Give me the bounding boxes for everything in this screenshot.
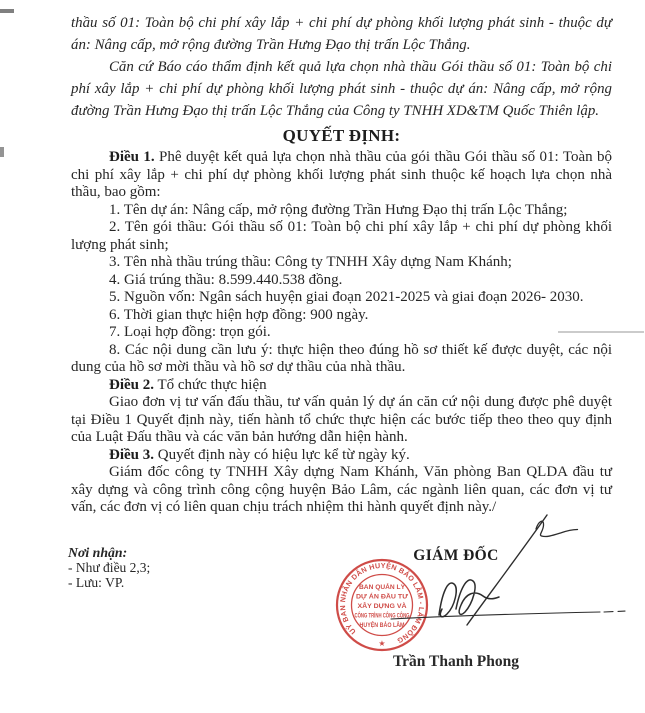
recipients-label: Nơi nhận: [68,545,150,560]
document-body: thầu số 01: Toàn bộ chi phí xây lắp + ch… [71,12,612,517]
official-stamp-icon: UỶ BAN NHÂN DÂN HUYỆN BẢO LÂM - LÂM ĐỒNG… [337,560,427,650]
signature-top-scribble [536,521,578,536]
article-3-body: Giám đốc công ty TNHH Xây dựng Nam Khánh… [71,464,612,517]
intro-paragraph-1: thầu số 01: Toàn bộ chi phí xây lắp + ch… [71,12,612,56]
stamp-ring-text: UỶ BAN NHÂN DÂN HUYỆN BẢO LÂM - LÂM ĐỒNG [338,561,426,646]
signer-name: Trần Thanh Phong [330,653,582,671]
list-item-3: 3. Tên nhà thầu trúng thầu: Công ty TNHH… [71,254,612,272]
stamp-star-icon: ★ [378,639,385,648]
stamp-line: BAN QUẢN LÝ [359,584,406,591]
stamp-line: CÔNG TRÌNH CÔNG CỘNG [355,612,410,620]
article-3-label: Điều 3. [109,447,154,463]
article-2-label: Điều 2. [109,377,154,393]
signature-flourish-stroke [467,515,547,625]
article-1-label: Điều 1. [109,149,155,165]
intro-paragraph-2: Căn cứ Báo cáo thẩm định kết quả lựa chọ… [71,56,612,122]
article-3-text: Quyết định này có hiệu lực kể từ ngày ký… [154,447,410,463]
signature-loops [439,580,499,617]
scan-artifact [558,331,644,333]
signature-ink [391,515,625,625]
article-1-paragraph: Điều 1. Phê duyệt kết quả lựa chọn nhà t… [71,149,612,202]
stamp-line: HUYỆN BẢO LÂM [360,621,405,629]
article-2-text: Tổ chức thực hiện [154,377,267,393]
list-item-8: 8. Các nội dung cần lưu ý: thực hiện the… [71,342,612,377]
scan-artifact [0,147,4,157]
stamp-line: DỰ ÁN ĐẦU TƯ [356,594,409,601]
recipient-line: - Như điều 2,3; [68,560,150,575]
article-3-paragraph: Điều 3. Quyết định này có hiệu lực kể từ… [71,447,612,465]
list-item-2: 2. Tên gói thầu: Gói thầu số 01: Toàn bộ… [71,219,612,254]
stamp-line: XÂY DỰNG VÀ [358,603,408,610]
list-item-6: 6. Thời gian thực hiện hợp đồng: 900 ngà… [71,307,612,325]
article-2-paragraph: Điều 2. Tổ chức thực hiện [71,377,612,395]
scan-artifact [0,9,14,13]
signer-title: GIÁM ĐỐC [330,547,582,565]
article-2-body: Giao đơn vị tư vấn đấu thầu, tư vấn quản… [71,394,612,447]
document-title: QUYẾT ĐỊNH: [71,126,612,146]
list-item-5: 5. Nguồn vốn: Ngân sách huyện giai đoạn … [71,289,612,307]
list-item-4: 4. Giá trúng thầu: 8.599.440.538 đồng. [71,272,612,290]
svg-text:UỶ BAN NHÂN DÂN HUYỆN BẢO LÂM: UỶ BAN NHÂN DÂN HUYỆN BẢO LÂM - LÂM ĐỒNG [338,561,426,646]
recipients-block: Nơi nhận: - Như điều 2,3; - Lưu: VP. [68,545,150,590]
signature-underline [391,611,625,619]
document-page: thầu số 01: Toàn bộ chi phí xây lắp + ch… [0,0,645,713]
list-item-1: 1. Tên dự án: Nâng cấp, mở rộng đường Tr… [71,202,612,220]
recipient-line: - Lưu: VP. [68,575,150,590]
list-item-7: 7. Loại hợp đồng: trọn gói. [71,324,612,342]
